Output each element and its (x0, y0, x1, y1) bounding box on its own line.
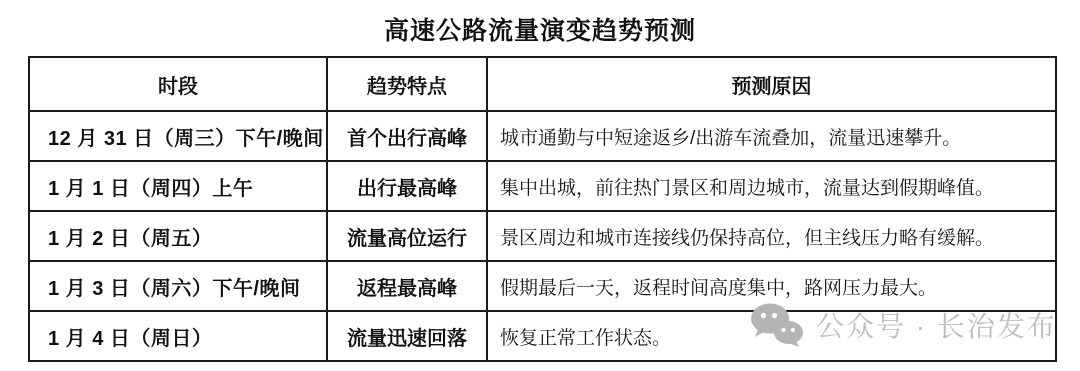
table-row: 1 月 4 日（周日） 流量迅速回落 恢复正常工作状态。 (29, 311, 1056, 361)
forecast-table: 时段 趋势特点 预测原因 12 月 31 日（周三）下午/晚间 首个出行高峰 城… (28, 56, 1057, 362)
trend-cell: 首个出行高峰 (327, 111, 487, 161)
header-trend: 趋势特点 (327, 57, 487, 111)
table-row: 1 月 3 日（周六）下午/晚间 返程最高峰 假期最后一天，返程时间高度集中，路… (29, 261, 1056, 311)
reason-cell: 集中出城，前往热门景区和周边城市，流量达到假期峰值。 (487, 161, 1056, 211)
period-cell: 1 月 1 日（周四）上午 (29, 161, 327, 211)
table-row: 1 月 1 日（周四）上午 出行最高峰 集中出城，前往热门景区和周边城市，流量达… (29, 161, 1056, 211)
trend-cell: 返程最高峰 (327, 261, 487, 311)
page: 高速公路流量演变趋势预测 时段 趋势特点 预测原因 12 月 31 日（周三）下… (0, 0, 1080, 371)
trend-cell: 流量高位运行 (327, 211, 487, 261)
table-row: 12 月 31 日（周三）下午/晚间 首个出行高峰 城市通勤与中短途返乡/出游车… (29, 111, 1056, 161)
period-cell: 1 月 2 日（周五） (29, 211, 327, 261)
period-cell: 12 月 31 日（周三）下午/晚间 (29, 111, 327, 161)
header-reason: 预测原因 (487, 57, 1056, 111)
trend-cell: 出行最高峰 (327, 161, 487, 211)
period-cell: 1 月 4 日（周日） (29, 311, 327, 361)
reason-cell: 城市通勤与中短途返乡/出游车流叠加，流量迅速攀升。 (487, 111, 1056, 161)
reason-cell: 假期最后一天，返程时间高度集中，路网压力最大。 (487, 261, 1056, 311)
page-title: 高速公路流量演变趋势预测 (0, 11, 1080, 47)
reason-cell: 恢复正常工作状态。 (487, 311, 1056, 361)
table-header-row: 时段 趋势特点 预测原因 (29, 57, 1056, 111)
trend-cell: 流量迅速回落 (327, 311, 487, 361)
period-cell: 1 月 3 日（周六）下午/晚间 (29, 261, 327, 311)
reason-cell: 景区周边和城市连接线仍保持高位，但主线压力略有缓解。 (487, 211, 1056, 261)
header-period: 时段 (29, 57, 327, 111)
table-row: 1 月 2 日（周五） 流量高位运行 景区周边和城市连接线仍保持高位，但主线压力… (29, 211, 1056, 261)
